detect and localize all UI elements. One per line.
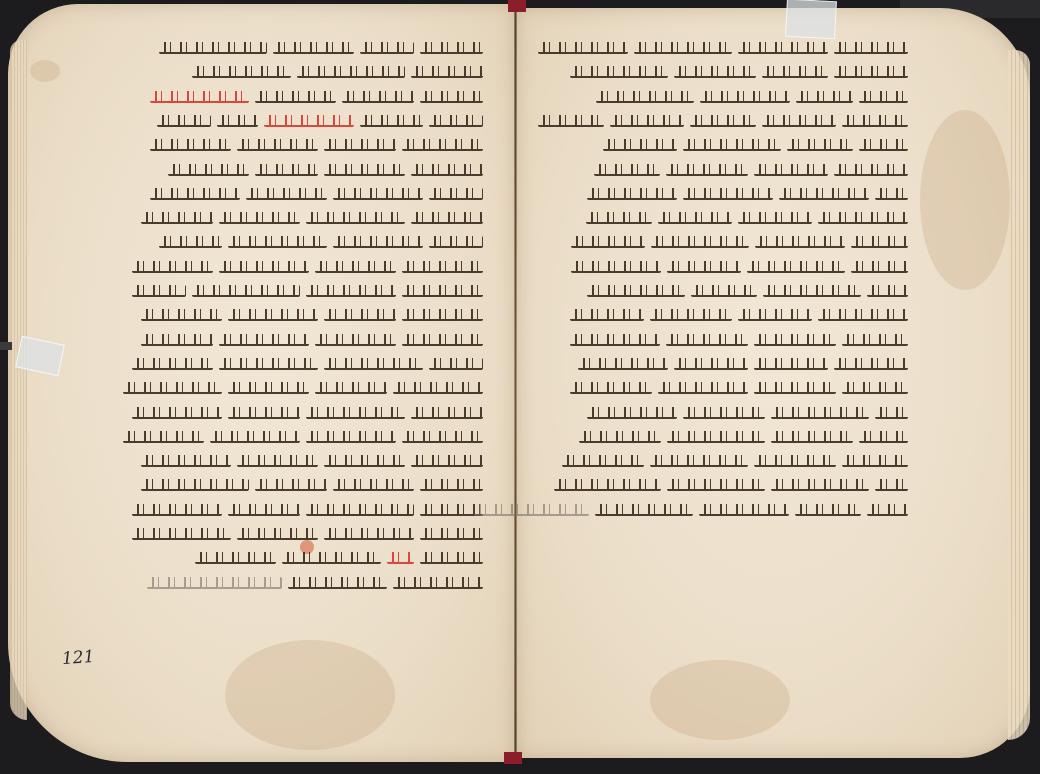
script-word (306, 504, 414, 516)
script-word (237, 455, 318, 467)
script-word (779, 188, 869, 200)
script-word (738, 42, 828, 54)
manuscript-line (141, 210, 483, 224)
script-word (587, 407, 677, 419)
script-word (123, 431, 204, 443)
script-word (762, 66, 828, 78)
script-word (674, 66, 756, 78)
rubric-word (387, 552, 414, 564)
script-word (150, 139, 231, 151)
script-word (219, 212, 300, 224)
script-word (429, 358, 483, 370)
script-word (771, 479, 869, 491)
script-word (842, 115, 908, 127)
manuscript-line (538, 40, 908, 54)
manuscript-line (578, 356, 908, 370)
manuscript-line (571, 259, 908, 273)
script-word (603, 139, 677, 151)
manuscript-line (474, 502, 908, 516)
script-word (315, 334, 396, 346)
script-word (157, 115, 211, 127)
manuscript-line (538, 113, 908, 127)
script-word (796, 91, 853, 103)
manuscript-line (587, 405, 908, 419)
script-word (586, 212, 652, 224)
manuscript-line (570, 307, 908, 321)
right-page-text-block (555, 40, 908, 680)
script-word (393, 382, 483, 394)
script-word (402, 431, 483, 443)
script-word (570, 334, 660, 346)
script-word (141, 455, 231, 467)
spine-gutter (514, 6, 517, 762)
script-word (360, 115, 423, 127)
script-word (834, 66, 908, 78)
script-word (683, 407, 765, 419)
script-word (333, 188, 423, 200)
manuscript-line (571, 234, 908, 248)
script-word (763, 285, 861, 297)
script-word (411, 407, 483, 419)
script-word (168, 164, 249, 176)
script-word (411, 164, 483, 176)
script-word (429, 236, 483, 248)
script-word (333, 479, 414, 491)
script-word (875, 407, 908, 419)
script-word (610, 115, 684, 127)
script-word (738, 212, 812, 224)
clip-pin (0, 342, 12, 350)
script-word (859, 431, 908, 443)
script-word (219, 261, 309, 273)
script-word (402, 285, 483, 297)
script-word (818, 309, 908, 321)
script-word (228, 407, 300, 419)
manuscript-line (195, 550, 483, 564)
script-word (306, 431, 396, 443)
left-page-edges (10, 40, 27, 720)
left-page-text-block (110, 40, 483, 680)
script-word (237, 528, 318, 540)
manuscript-line (123, 380, 483, 394)
manuscript-line (123, 429, 483, 443)
script-word (596, 91, 694, 103)
script-word (132, 358, 213, 370)
script-word (273, 42, 354, 54)
script-word (834, 358, 908, 370)
manuscript-line (132, 283, 483, 297)
script-word (288, 577, 387, 589)
script-word (634, 42, 732, 54)
script-word (834, 42, 908, 54)
water-stain (920, 110, 1010, 290)
script-word (875, 188, 908, 200)
script-word (690, 115, 756, 127)
manuscript-line (596, 89, 908, 103)
script-word (342, 91, 414, 103)
script-word (217, 115, 258, 127)
script-word (587, 285, 685, 297)
script-word (402, 334, 483, 346)
manuscript-line (150, 137, 483, 151)
script-word (282, 552, 381, 564)
script-word (411, 455, 483, 467)
manuscript-line (141, 332, 483, 346)
script-word (842, 334, 908, 346)
script-word (246, 188, 327, 200)
manuscript-line (594, 162, 908, 176)
manuscript-line (570, 332, 908, 346)
script-word (754, 358, 828, 370)
manuscript-line (150, 89, 483, 103)
script-word (667, 261, 741, 273)
script-word (159, 236, 222, 248)
script-word (842, 455, 908, 467)
script-word (237, 139, 318, 151)
manuscript-line (579, 429, 908, 443)
script-word (141, 479, 249, 491)
script-word (538, 115, 604, 127)
script-word (875, 479, 908, 491)
script-word (324, 139, 396, 151)
script-word (402, 139, 483, 151)
manuscript-line (587, 186, 908, 200)
script-word (255, 479, 327, 491)
script-word (666, 164, 748, 176)
script-word (420, 552, 483, 564)
script-word (147, 577, 282, 589)
script-word (795, 504, 861, 516)
script-word (429, 115, 483, 127)
manuscript-line (562, 453, 908, 467)
script-word (411, 212, 483, 224)
script-word (834, 164, 908, 176)
script-word (771, 431, 853, 443)
script-word (324, 309, 396, 321)
script-word (650, 455, 748, 467)
script-word (219, 358, 318, 370)
script-word (667, 431, 765, 443)
manuscript-line (157, 113, 483, 127)
script-word (192, 285, 300, 297)
script-word (762, 115, 836, 127)
script-word (570, 66, 668, 78)
script-word (674, 358, 748, 370)
script-word (411, 66, 483, 78)
manuscript-line (554, 477, 908, 491)
manuscript-line (587, 283, 908, 297)
script-word (747, 261, 845, 273)
binding-thread-top (508, 0, 526, 12)
script-word (587, 188, 677, 200)
script-word (818, 212, 908, 224)
manuscript-line (586, 210, 908, 224)
script-word (228, 236, 327, 248)
script-word (132, 504, 222, 516)
script-word (754, 164, 828, 176)
script-word (360, 42, 414, 54)
script-word (570, 309, 644, 321)
script-word (150, 188, 240, 200)
script-word (210, 431, 300, 443)
script-word (333, 236, 423, 248)
script-word (132, 261, 213, 273)
manuscript-line (132, 356, 483, 370)
script-word (159, 42, 267, 54)
right-page-edges (1008, 50, 1030, 740)
script-word (666, 334, 748, 346)
script-word (554, 479, 661, 491)
script-word (420, 42, 483, 54)
script-word (132, 285, 186, 297)
script-word (219, 334, 309, 346)
script-word (255, 91, 336, 103)
script-word (420, 479, 483, 491)
manuscript-line (132, 259, 483, 273)
script-word (691, 285, 757, 297)
binding-thread-bottom (504, 752, 522, 764)
script-word (594, 164, 660, 176)
script-word (754, 455, 836, 467)
script-word (683, 188, 773, 200)
script-word (787, 139, 853, 151)
script-word (324, 164, 405, 176)
script-word (651, 236, 749, 248)
script-word (141, 212, 213, 224)
manuscript-line (132, 502, 483, 516)
script-word (402, 261, 483, 273)
script-word (306, 212, 405, 224)
script-word (595, 504, 693, 516)
script-word (842, 382, 908, 394)
script-word (683, 139, 781, 151)
manuscript-line (141, 477, 483, 491)
script-word (699, 504, 789, 516)
script-word (738, 309, 812, 321)
script-word (141, 309, 222, 321)
script-word (420, 528, 483, 540)
script-word (228, 309, 318, 321)
manuscript-line (132, 405, 483, 419)
script-word (867, 285, 908, 297)
manuscript-line (168, 162, 483, 176)
script-word (658, 212, 732, 224)
manuscript-line (570, 64, 908, 78)
rubric-word (264, 115, 354, 127)
manuscript-line (603, 137, 908, 151)
script-word (324, 455, 405, 467)
manuscript-line (141, 307, 483, 321)
script-word (402, 309, 483, 321)
folio-number: 121 (61, 647, 95, 669)
rubric-word (150, 91, 249, 103)
script-word (192, 66, 291, 78)
script-word (420, 91, 483, 103)
script-word (650, 309, 732, 321)
script-word (851, 261, 908, 273)
script-word (754, 334, 836, 346)
script-word (132, 528, 231, 540)
manuscript-line (159, 234, 483, 248)
script-word (579, 431, 661, 443)
script-word (771, 407, 869, 419)
script-word (306, 285, 396, 297)
script-word (755, 236, 845, 248)
script-word (195, 552, 276, 564)
manuscript-line (570, 380, 908, 394)
script-word (571, 261, 661, 273)
manuscript-line (192, 64, 483, 78)
script-word (255, 164, 318, 176)
script-word (123, 382, 222, 394)
script-word (474, 504, 589, 516)
stain (30, 60, 60, 82)
script-word (859, 139, 908, 151)
script-word (851, 236, 908, 248)
manuscript-line (159, 40, 483, 54)
script-word (571, 236, 645, 248)
transparent-tab-top (785, 0, 837, 39)
script-word (315, 261, 396, 273)
manuscript-line (147, 575, 483, 589)
script-word (228, 382, 309, 394)
script-word (570, 382, 652, 394)
script-word (867, 504, 908, 516)
script-word (228, 504, 300, 516)
script-word (429, 188, 483, 200)
script-word (297, 66, 405, 78)
manuscript-line (141, 453, 483, 467)
script-word (667, 479, 765, 491)
script-word (324, 528, 414, 540)
script-word (132, 407, 222, 419)
script-word (141, 334, 213, 346)
script-word (658, 382, 748, 394)
script-word (562, 455, 644, 467)
script-word (700, 91, 790, 103)
script-word (578, 358, 668, 370)
manuscript-line (132, 526, 483, 540)
script-word (306, 407, 405, 419)
script-word (859, 91, 908, 103)
script-word (393, 577, 483, 589)
manuscript-line (150, 186, 483, 200)
script-word (315, 382, 387, 394)
script-word (538, 42, 628, 54)
script-word (754, 382, 836, 394)
script-word (324, 358, 423, 370)
